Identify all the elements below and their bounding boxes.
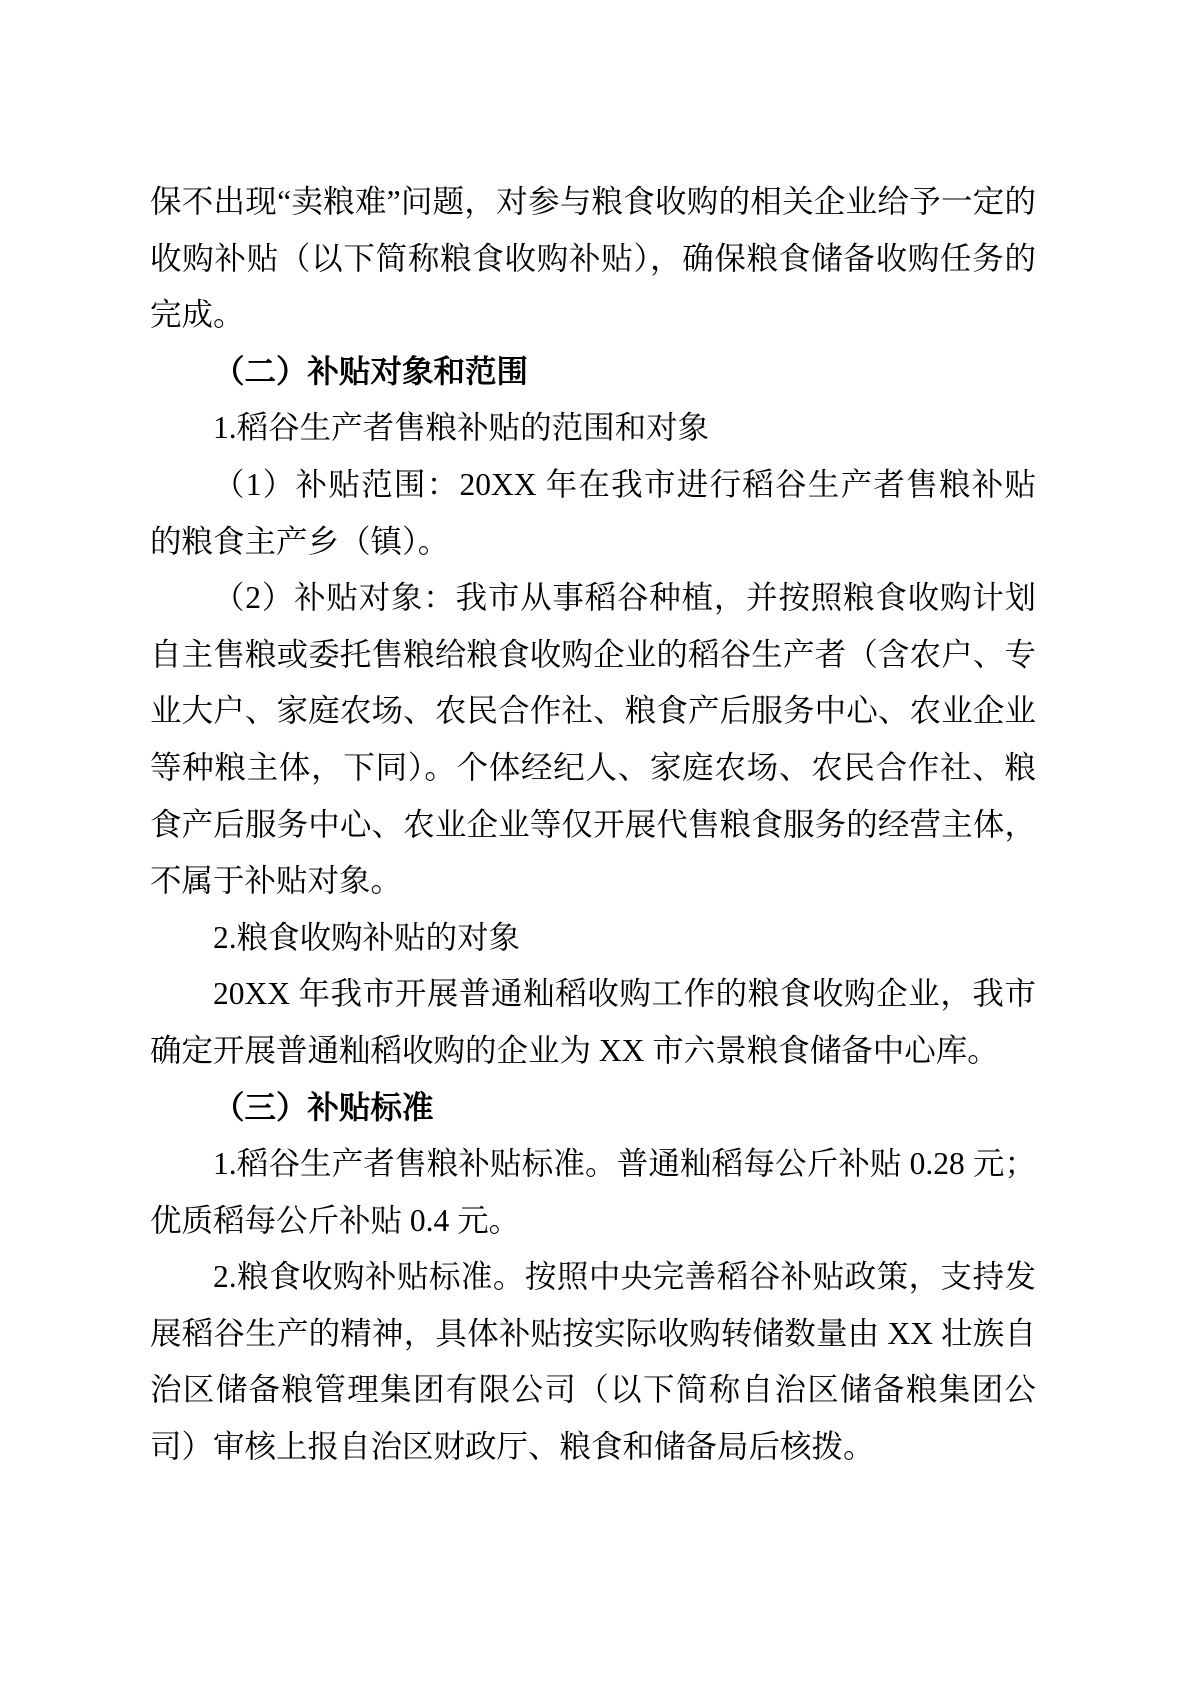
paragraph-producer-subsidy-standard: 1.稻谷生产者售粮补贴标准。普通籼稻每公斤补贴 0.28 元；优质稻每公斤补贴 … (150, 1136, 1036, 1249)
document-page: 保不出现“卖粮难”问题，对参与粮食收购的相关企业给予一定的收购补贴（以下简称粮食… (0, 0, 1190, 1683)
paragraph-subsidy-targets: （2）补贴对象：我市从事稻谷种植，并按照粮食收购计划自主售粮或委托售粮给粮食收购… (150, 570, 1036, 910)
paragraph-purchase-enterprise: 20XX 年我市开展普通籼稻收购工作的粮食收购企业，我市确定开展普通籼稻收购的企… (150, 966, 1036, 1079)
section-heading-2: （二）补贴对象和范围 (150, 344, 1036, 401)
paragraph-continuation: 保不出现“卖粮难”问题，对参与粮食收购的相关企业给予一定的收购补贴（以下简称粮食… (150, 174, 1036, 344)
paragraph-item-2-title: 2.粮食收购补贴的对象 (150, 910, 1036, 967)
document-body: 保不出现“卖粮难”问题，对参与粮食收购的相关企业给予一定的收购补贴（以下简称粮食… (150, 174, 1036, 1476)
paragraph-purchase-subsidy-standard: 2.粮食收购补贴标准。按照中央完善稻谷补贴政策，支持发展稻谷生产的精神，具体补贴… (150, 1249, 1036, 1475)
paragraph-subsidy-scope: （1）补贴范围：20XX 年在我市进行稻谷生产者售粮补贴的粮食主产乡（镇）。 (150, 457, 1036, 570)
paragraph-item-1-title: 1.稻谷生产者售粮补贴的范围和对象 (150, 400, 1036, 457)
section-heading-3: （三）补贴标准 (150, 1080, 1036, 1137)
